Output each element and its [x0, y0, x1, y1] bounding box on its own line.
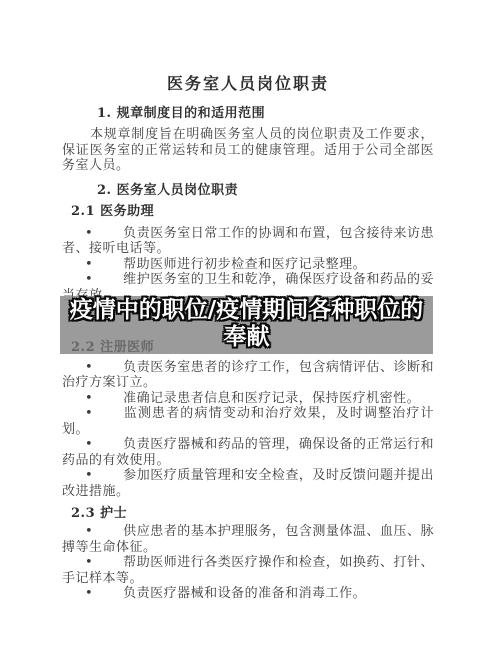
- bullet-dot: •: [85, 468, 93, 483]
- bullet-dot: •: [85, 360, 93, 375]
- bullet-item: •帮助医师进行各类医疗操作和检查，如换药、打针、手记样本等。: [62, 555, 434, 586]
- bullet-item: •负责医疗器械和设备的准备和消毒工作。: [62, 586, 434, 602]
- bullet-text: 供应患者的基本护理服务，包含测量体温、血压、脉搏等生命体征。: [62, 524, 434, 555]
- page: { "document": { "title": "医务室人员岗位职责", "b…: [0, 0, 500, 647]
- bullet-dot: •: [85, 437, 93, 452]
- subsection-heading-2-3: 2.3 护士: [62, 506, 434, 522]
- bullet-text: 负责医疗器械和药品的管理，确保设备的正常运行和药品的有效使用。: [62, 437, 434, 468]
- bullet-dot: •: [85, 524, 93, 539]
- bullet-dot: •: [85, 555, 93, 570]
- bullet-text: 参加医疗质量管理和安全检查，及时反馈问题并提出改进措施。: [62, 468, 434, 499]
- watermark-title-banner: 疫情中的职位/疫情期间各种职位的 奉献: [60, 296, 433, 354]
- bullet-item: •供应患者的基本护理服务，包含测量体温、血压、脉搏等生命体征。: [62, 524, 434, 555]
- bullet-dot: •: [85, 272, 93, 287]
- bullet-item: •帮助医师进行初步检查和医疗记录整理。: [62, 257, 434, 273]
- bullet-text: 准确记录患者信息和医疗记录，保持医疗机密性。: [123, 391, 420, 406]
- bullet-item: •负责医疗器械和药品的管理，确保设备的正常运行和药品的有效使用。: [62, 437, 434, 468]
- bullet-dot: •: [85, 257, 93, 272]
- bullet-text: 帮助医师进行初步检查和医疗记录整理。: [123, 257, 366, 272]
- bullet-text: 负责医务室日常工作的协调和布置，包含接待来访患者、接听电话等。: [62, 226, 434, 257]
- bullet-dot: •: [85, 586, 93, 601]
- bullet-text: 负责医疗器械和设备的准备和消毒工作。: [123, 586, 366, 601]
- bullet-text: 负责医务室患者的诊疗工作，包含病情评估、诊断和治疗方案订立。: [62, 360, 434, 391]
- section-heading-2: 2. 医务室人员岗位职责: [62, 183, 434, 199]
- purpose-paragraph: 本规章制度旨在明确医务室人员的岗位职责及工作要求，保证医务室的正常运转和员工的健…: [62, 127, 434, 174]
- subsection-heading-2-1: 2.1 医务助理: [62, 204, 434, 220]
- bullet-dot: •: [85, 406, 93, 421]
- bullet-item: •负责医务室日常工作的协调和布置，包含接待来访患者、接听电话等。: [62, 226, 434, 257]
- bullet-list-nurse: •供应患者的基本护理服务，包含测量体温、血压、脉搏等生命体征。 •帮助医师进行各…: [62, 524, 434, 602]
- bullet-item: •参加医疗质量管理和安全检查，及时反馈问题并提出改进措施。: [62, 468, 434, 499]
- watermark-title-line1: 疫情中的职位/疫情期间各种职位的: [60, 297, 433, 324]
- watermark-title-line2: 奉献: [60, 324, 433, 351]
- bullet-text: 帮助医师进行各类医疗操作和检查，如换药、打针、手记样本等。: [62, 555, 434, 586]
- bullet-list-registered-physician: •负责医务室患者的诊疗工作，包含病情评估、诊断和治疗方案订立。 •准确记录患者信…: [62, 360, 434, 500]
- bullet-dot: •: [85, 391, 93, 406]
- bullet-text: 监测患者的病情变动和治疗效果，及时调整治疗计划。: [62, 406, 434, 437]
- section-heading-1: 1. 规章制度目的和适用范围: [62, 106, 434, 122]
- bullet-item: •负责医务室患者的诊疗工作，包含病情评估、诊断和治疗方案订立。: [62, 360, 434, 391]
- bullet-item: •监测患者的病情变动和治疗效果，及时调整治疗计划。: [62, 406, 434, 437]
- bullet-dot: •: [85, 226, 93, 241]
- document-title: 医务室人员岗位职责: [62, 74, 434, 94]
- bullet-item: •准确记录患者信息和医疗记录，保持医疗机密性。: [62, 391, 434, 407]
